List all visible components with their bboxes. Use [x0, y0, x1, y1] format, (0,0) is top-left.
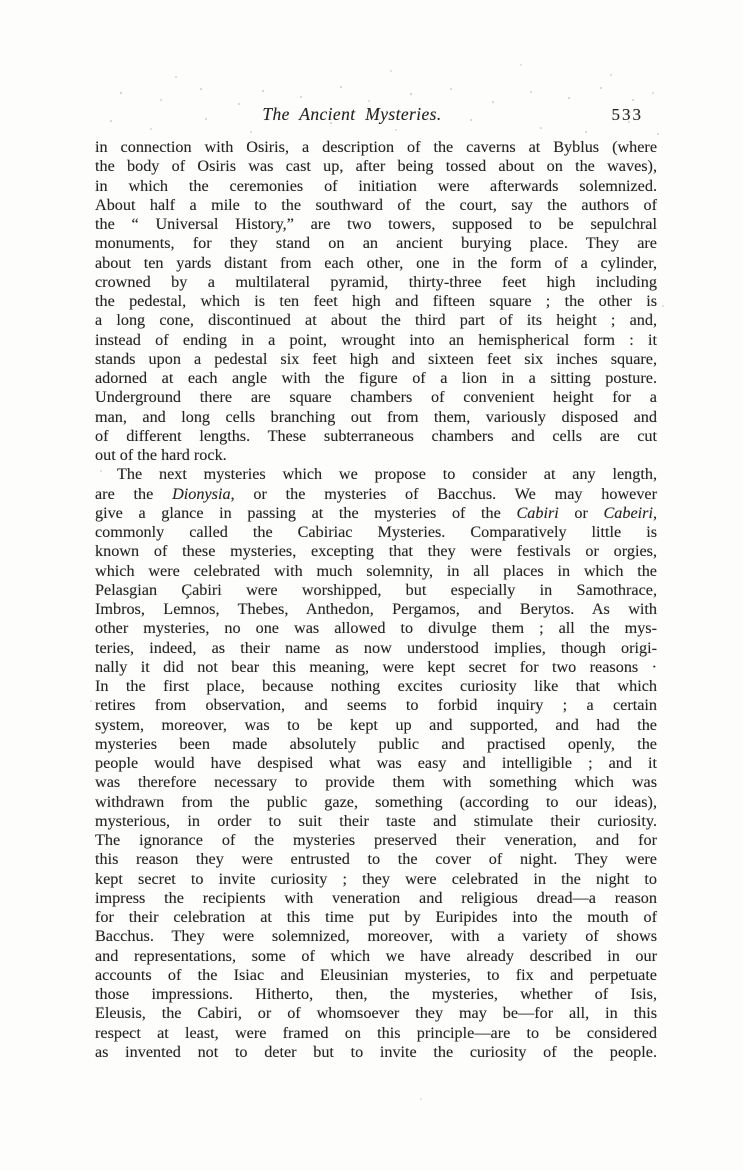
- text-segment: instead of ending in a point, wrought in…: [95, 331, 657, 349]
- text-segment: kept secret to invite curiosity ; they w…: [95, 870, 657, 888]
- text-segment: Imbros, Lemnos, Thebes, Anthedon, Pergam…: [95, 600, 657, 618]
- text-segment: a long cone, discontinued at about the t…: [95, 311, 657, 329]
- text-line: Pelasgian Çabiri were worshipped, but es…: [95, 581, 657, 600]
- text-segment: those impressions. Hitherto, then, the m…: [95, 985, 657, 1003]
- text-line: mysterious, in order to suit their taste…: [95, 812, 657, 831]
- text-line: teries, indeed, as their name as now und…: [95, 639, 657, 658]
- text-segment: The next mysteries which we propose to c…: [117, 465, 657, 483]
- text-segment: and representations, some of which we ha…: [95, 947, 657, 965]
- text-segment: withdrawn from the public gaze, somethin…: [95, 793, 657, 811]
- text-line: give a glance in passing at the mysterie…: [95, 504, 657, 523]
- text-line: and representations, some of which we ha…: [95, 947, 657, 966]
- text-segment: nally it did not bear this meaning, were…: [95, 658, 657, 676]
- text-line: are the Dionysia, or the mysteries of Ba…: [95, 485, 657, 504]
- text-segment: people would have despised what was easy…: [95, 754, 657, 772]
- text-segment: other mysteries, no one was allowed to d…: [95, 619, 657, 637]
- text-segment: mysteries been made absolutely public an…: [95, 735, 657, 753]
- text-line: The ignorance of the mysteries preserved…: [95, 831, 657, 850]
- text-line: those impressions. Hitherto, then, the m…: [95, 985, 657, 1004]
- text-segment: The ignorance of the mysteries preserved…: [95, 831, 657, 849]
- text-line: was therefore necessary to provide them …: [95, 773, 657, 792]
- text-segment: the body of Osiris was cast up, after be…: [95, 157, 657, 175]
- scanned-book-page: The Ancient Mysteries. 533 in connection…: [0, 0, 743, 1171]
- text-line: the pedestal, which is ten feet high and…: [95, 292, 657, 311]
- text-line: stands upon a pedestal six feet high and…: [95, 350, 657, 369]
- text-segment: commonly called the Cabiriac Mysteries. …: [95, 523, 657, 541]
- text-line: man, and long cells branching out from t…: [95, 408, 657, 427]
- text-line: a long cone, discontinued at about the t…: [95, 311, 657, 330]
- page-header-title: The Ancient Mysteries.: [71, 104, 633, 125]
- text-segment: the pedestal, which is ten feet high and…: [95, 292, 657, 310]
- text-segment: crowned by a multilateral pyramid, thirt…: [95, 273, 657, 291]
- text-segment: , or the mysteries of Bacchus. We may ho…: [231, 485, 657, 503]
- text-segment: monuments, for they stand on an ancient …: [95, 234, 657, 252]
- italic-text: Cabiri: [516, 504, 558, 522]
- text-line: for their celebration at this time put b…: [95, 908, 657, 927]
- text-line: nally it did not bear this meaning, were…: [95, 658, 657, 677]
- text-segment: the “ Universal History,” are two towers…: [95, 215, 657, 233]
- text-segment: or: [559, 504, 604, 522]
- text-segment: retires from observation, and seems to f…: [95, 696, 657, 714]
- text-segment: in which the ceremonies of initiation we…: [95, 177, 657, 195]
- text-line: in which the ceremonies of initiation we…: [95, 177, 657, 196]
- text-line: known of these mysteries, excepting that…: [95, 542, 657, 561]
- text-segment: man, and long cells branching out from t…: [95, 408, 657, 426]
- text-segment: In the first place, because nothing exci…: [95, 677, 657, 695]
- text-segment: as invented not to deter but to invite t…: [95, 1043, 657, 1061]
- text-segment: about ten yards distant from each other,…: [95, 254, 657, 272]
- text-segment: Eleusis, the Cabiri, or of whomsoever th…: [95, 1004, 657, 1022]
- text-line: Imbros, Lemnos, Thebes, Anthedon, Pergam…: [95, 600, 657, 619]
- text-segment: Pelasgian Çabiri were worshipped, but es…: [95, 581, 657, 599]
- text-segment: system, moreover, was to be kept up and …: [95, 716, 657, 734]
- text-line: as invented not to deter but to invite t…: [95, 1043, 657, 1062]
- text-segment: About half a mile to the southward of th…: [95, 196, 657, 214]
- text-segment: give a glance in passing at the mysterie…: [95, 504, 516, 522]
- text-line: crowned by a multilateral pyramid, thirt…: [95, 273, 657, 292]
- running-header: The Ancient Mysteries. 533: [95, 104, 657, 128]
- text-line: mysteries been made absolutely public an…: [95, 735, 657, 754]
- text-line: retires from observation, and seems to f…: [95, 696, 657, 715]
- text-line: The next mysteries which we propose to c…: [95, 465, 657, 484]
- text-line: adorned at each angle with the figure of…: [95, 369, 657, 388]
- text-segment: mysterious, in order to suit their taste…: [95, 812, 657, 830]
- text-line: commonly called the Cabiriac Mysteries. …: [95, 523, 657, 542]
- page-number: 533: [612, 105, 644, 125]
- text-line: accounts of the Isiac and Eleusinian mys…: [95, 966, 657, 985]
- text-line: impress the recipients with veneration a…: [95, 889, 657, 908]
- text-line: Underground there are square chambers of…: [95, 388, 657, 407]
- text-segment: known of these mysteries, excepting that…: [95, 542, 657, 560]
- text-segment: accounts of the Isiac and Eleusinian mys…: [95, 966, 657, 984]
- text-line: kept secret to invite curiosity ; they w…: [95, 870, 657, 889]
- text-line: About half a mile to the southward of th…: [95, 196, 657, 215]
- text-segment: in connection with Osiris, a description…: [95, 138, 657, 156]
- text-line: the body of Osiris was cast up, after be…: [95, 157, 657, 176]
- text-line: out of the hard rock.: [95, 446, 657, 465]
- text-line: Bacchus. They were solemnized, moreover,…: [95, 927, 657, 946]
- text-segment: Underground there are square chambers of…: [95, 388, 657, 406]
- text-line: people would have despised what was easy…: [95, 754, 657, 773]
- text-segment: this reason they were entrusted to the c…: [95, 850, 657, 868]
- text-segment: Bacchus. They were solemnized, moreover,…: [95, 927, 657, 945]
- text-line: in connection with Osiris, a description…: [95, 138, 657, 157]
- text-line: other mysteries, no one was allowed to d…: [95, 619, 657, 638]
- text-line: of different lengths. These subterraneou…: [95, 427, 657, 446]
- text-line: monuments, for they stand on an ancient …: [95, 234, 657, 253]
- text-segment: stands upon a pedestal six feet high and…: [95, 350, 657, 368]
- italic-text: Dionysia: [172, 485, 230, 503]
- text-segment: teries, indeed, as their name as now und…: [95, 639, 657, 657]
- text-segment: of different lengths. These subterraneou…: [95, 427, 657, 445]
- text-line: this reason they were entrusted to the c…: [95, 850, 657, 869]
- text-segment: out of the hard rock.: [95, 446, 227, 464]
- scan-noise-speckles: [0, 0, 2, 2]
- text-segment: are the: [95, 485, 172, 503]
- text-segment: adorned at each angle with the figure of…: [95, 369, 657, 387]
- text-segment: ,: [653, 504, 657, 522]
- italic-text: Cabeiri: [603, 504, 652, 522]
- text-line: withdrawn from the public gaze, somethin…: [95, 793, 657, 812]
- text-segment: respect at least, were framed on this pr…: [95, 1024, 657, 1042]
- text-segment: which were celebrated with much solemnit…: [95, 562, 657, 580]
- text-line: system, moreover, was to be kept up and …: [95, 716, 657, 735]
- text-line: respect at least, were framed on this pr…: [95, 1024, 657, 1043]
- text-line: instead of ending in a point, wrought in…: [95, 331, 657, 350]
- text-line: about ten yards distant from each other,…: [95, 254, 657, 273]
- text-line: In the first place, because nothing exci…: [95, 677, 657, 696]
- text-line: which were celebrated with much solemnit…: [95, 562, 657, 581]
- text-segment: was therefore necessary to provide them …: [95, 773, 657, 791]
- text-line: the “ Universal History,” are two towers…: [95, 215, 657, 234]
- page-body: in connection with Osiris, a description…: [95, 138, 657, 1062]
- text-segment: impress the recipients with veneration a…: [95, 889, 657, 907]
- text-line: Eleusis, the Cabiri, or of whomsoever th…: [95, 1004, 657, 1023]
- text-segment: for their celebration at this time put b…: [95, 908, 657, 926]
